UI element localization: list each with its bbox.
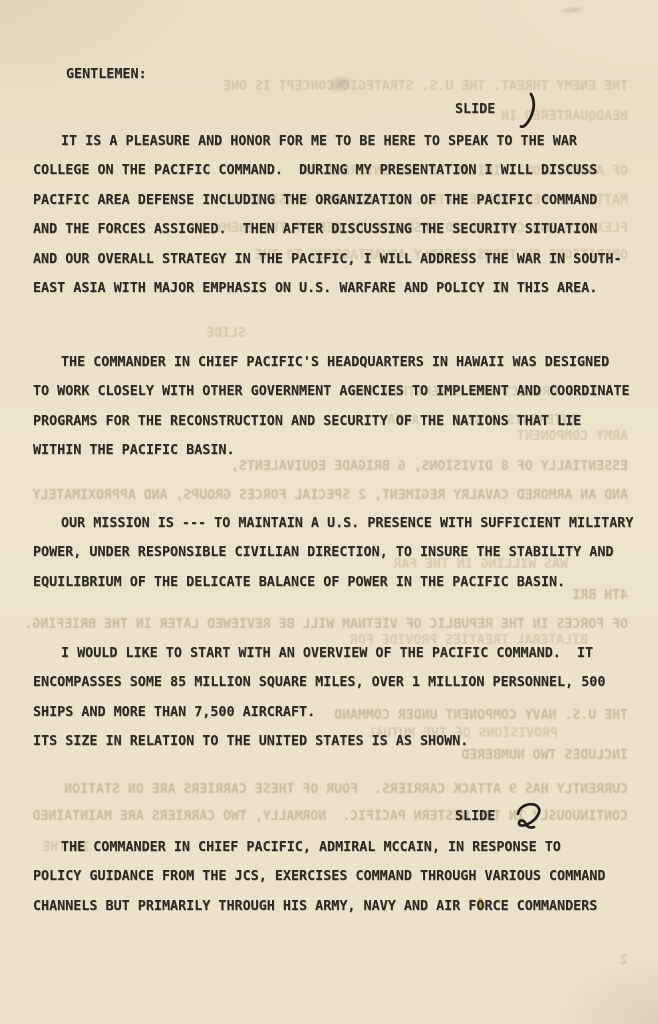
paragraph-2: THE COMMANDER IN CHIEF PACIFIC'S HEADQUA… bbox=[33, 348, 630, 466]
text-line: POWER, UNDER RESPONSIBLE CIVILIAN DIRECT… bbox=[33, 538, 633, 567]
paragraph-4: I WOULD LIKE TO START WITH AN OVERVIEW O… bbox=[33, 639, 605, 757]
bleedthrough-line: SLIDE bbox=[176, 319, 246, 348]
text-line: ITS SIZE IN RELATION TO THE UNITED STATE… bbox=[33, 727, 605, 756]
bleedthrough-line: OF FORCES IN THE REPUBLIC OF VIETNAM WIL… bbox=[30, 610, 628, 639]
paragraph-1: IT IS A PLEASURE AND HONOR FOR ME TO BE … bbox=[33, 127, 622, 303]
bleedthrough-line: AND AN ARMORED CAVALRY REGIMENT, 2 SPECI… bbox=[30, 481, 628, 510]
paragraph-5: THE COMMANDER IN CHIEF PACIFIC, ADMIRAL … bbox=[33, 833, 605, 921]
text-line: AND THE FORCES ASSIGNED. THEN AFTER DISC… bbox=[33, 215, 622, 244]
bleedthrough-page-number: 2 bbox=[296, 946, 628, 975]
text-line: OUR MISSION IS --- TO MAINTAIN A U.S. PR… bbox=[33, 509, 633, 538]
text-line: AND OUR OVERALL STRATEGY IN THE PACIFIC,… bbox=[33, 245, 622, 274]
handwritten-slide-number-2-icon: 2 bbox=[511, 798, 545, 838]
text-line: ENCOMPASSES SOME 85 MILLION SQUARE MILES… bbox=[33, 668, 605, 697]
text-line: SHIPS AND MORE THAN 7,500 AIRCRAFT. bbox=[33, 698, 605, 727]
text-line: THE COMMANDER IN CHIEF PACIFIC, ADMIRAL … bbox=[33, 833, 605, 862]
text-line: PROGRAMS FOR THE RECONSTRUCTION AND SECU… bbox=[33, 407, 630, 436]
paragraph-3: OUR MISSION IS --- TO MAINTAIN A U.S. PR… bbox=[33, 509, 633, 597]
text-line: WITHIN THE PACIFIC BASIN. bbox=[33, 436, 630, 465]
text-line: I WOULD LIKE TO START WITH AN OVERVIEW O… bbox=[33, 639, 605, 668]
scanned-document-page: THE ENEMY THREAT. THE U.S. STRATEGIC CON… bbox=[0, 0, 658, 1024]
text-line: COLLEGE ON THE PACIFIC COMMAND. DURING M… bbox=[33, 156, 622, 185]
text-line: PACIFIC AREA DEFENSE INCLUDING THE ORGAN… bbox=[33, 186, 622, 215]
text-line: TO WORK CLOSELY WITH OTHER GOVERNMENT AG… bbox=[33, 377, 630, 406]
text-line: EQUILIBRIUM OF THE DELICATE BALANCE OF P… bbox=[33, 568, 633, 597]
slide-label: SLIDE bbox=[455, 95, 495, 124]
text-line: CHANNELS BUT PRIMARILY THROUGH HIS ARMY,… bbox=[33, 892, 605, 921]
text-line: POLICY GUIDANCE FROM THE JCS, EXERCISES … bbox=[33, 862, 605, 891]
text-line: IT IS A PLEASURE AND HONOR FOR ME TO BE … bbox=[33, 127, 622, 156]
salutation: GENTLEMEN: bbox=[66, 60, 147, 89]
slide-label: SLIDE bbox=[455, 802, 495, 831]
text-line: THE COMMANDER IN CHIEF PACIFIC'S HEADQUA… bbox=[33, 348, 630, 377]
text-line: EAST ASIA WITH MAJOR EMPHASIS ON U.S. WA… bbox=[33, 274, 622, 303]
